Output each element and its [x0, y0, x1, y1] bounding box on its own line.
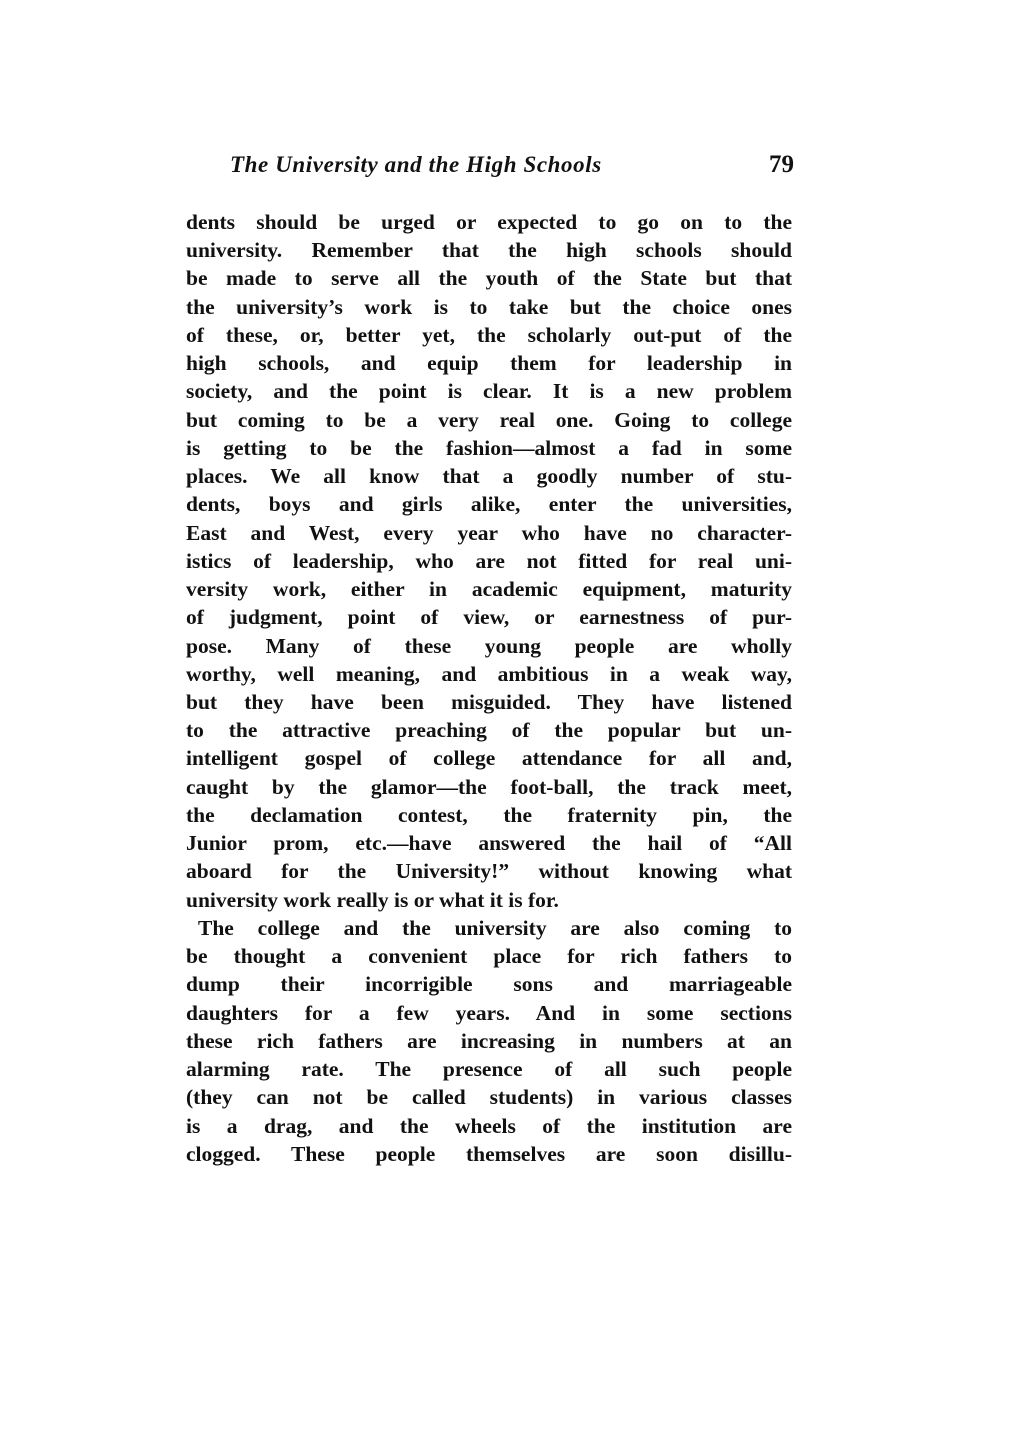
text-line: be thought a convenient place for rich f… — [186, 942, 792, 970]
text-line: The college and the university are also … — [186, 914, 792, 942]
text-line: the university’s work is to take but the… — [186, 293, 792, 321]
text-line: istics of leadership, who are not fitted… — [186, 547, 792, 575]
running-title: The University and the High Schools — [230, 150, 602, 180]
text-line: versity work, either in academic equipme… — [186, 575, 792, 603]
text-line: high schools, and equip them for leaders… — [186, 349, 792, 377]
text-line: dents, boys and girls alike, enter the u… — [186, 490, 792, 518]
text-line: to the attractive preaching of the popul… — [186, 716, 792, 744]
paragraph-1: dents should be urged or expected to go … — [186, 208, 792, 914]
text-line: alarming rate. The presence of all such … — [186, 1055, 792, 1083]
text-line: society, and the point is clear. It is a… — [186, 377, 792, 405]
text-line: these rich fathers are increasing in num… — [186, 1027, 792, 1055]
text-line: but they have been misguided. They have … — [186, 688, 792, 716]
text-line: university. Remember that the high schoo… — [186, 236, 792, 264]
text-line: is a drag, and the wheels of the institu… — [186, 1112, 792, 1140]
text-line: of these, or, better yet, the scholarly … — [186, 321, 792, 349]
text-line: clogged. These people themselves are soo… — [186, 1140, 792, 1168]
text-line: is getting to be the fashion—almost a fa… — [186, 434, 792, 462]
text-line: East and West, every year who have no ch… — [186, 519, 792, 547]
text-line: aboard for the University!” without know… — [186, 857, 792, 885]
paragraph-2: The college and the university are also … — [186, 914, 792, 1168]
text-line: (they can not be called students) in var… — [186, 1083, 792, 1111]
text-line: pose. Many of these young people are who… — [186, 632, 792, 660]
text-line: the declamation contest, the fraternity … — [186, 801, 792, 829]
text-line: be made to serve all the youth of the St… — [186, 264, 792, 292]
text-line: Junior prom, etc.—have answered the hail… — [186, 829, 792, 857]
text-line: places. We all know that a goodly number… — [186, 462, 792, 490]
body-text: dents should be urged or expected to go … — [186, 208, 792, 1168]
text-line: university work really is or what it is … — [186, 886, 792, 914]
text-line: caught by the glamor—the foot-ball, the … — [186, 773, 792, 801]
text-line: worthy, well meaning, and ambitious in a… — [186, 660, 792, 688]
text-line: of judgment, point of view, or earnestne… — [186, 603, 792, 631]
text-line: dents should be urged or expected to go … — [186, 208, 792, 236]
running-head: The University and the High Schools 79 — [184, 150, 794, 180]
page-number: 79 — [769, 150, 794, 180]
text-line: dump their incorrigible sons and marriag… — [186, 970, 792, 998]
book-page: The University and the High Schools 79 d… — [0, 0, 1010, 1454]
text-line: but coming to be a very real one. Going … — [186, 406, 792, 434]
text-line: daughters for a few years. And in some s… — [186, 999, 792, 1027]
text-line: intelligent gospel of college attendance… — [186, 744, 792, 772]
